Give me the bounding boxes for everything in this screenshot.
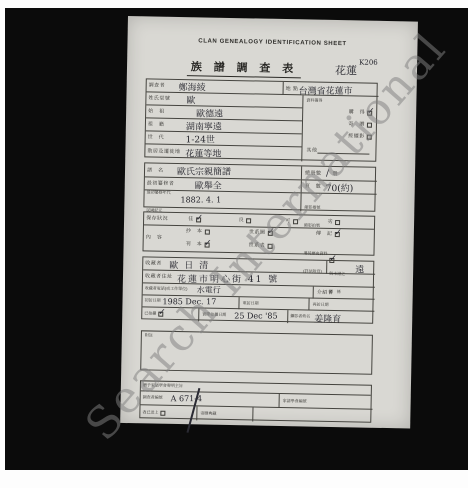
content-item: 刊 本 [186,241,203,247]
source-title: 資料獲得 [306,98,322,103]
field-value: 湖南寧遠 [186,119,222,132]
phone-value: 水電行 [197,285,221,296]
phone-label: 收藏者電話(或工作單位) [143,287,197,293]
surveyor-value: 鄭海綾 [179,80,206,93]
sent-label: 表已送上 [142,410,158,415]
compile-era-value: 1882. 4. 1 [180,195,221,204]
owner-label: 收藏者 [143,260,169,266]
place-label: 地 點 [286,86,299,92]
source-other-label: 其他 [306,147,317,153]
checkbox [204,229,209,234]
checkbox [367,110,372,115]
filmdate-label: 實際拍攝日期 [202,312,226,317]
checkbox [196,217,201,222]
introducer-label: 介紹者 [317,290,334,296]
field-label: 散居及遷徙地 [145,148,185,155]
field-value: 1-24世 [186,132,215,145]
section-registration: 贈予家譜學會聲明主旨 調查者編號 A 671-4 家譜學會編號 表已送上 寄贈典… [139,380,372,422]
microfilm-scan-page: { "watermark": "Search International", "… [0,0,468,488]
content-item: 遷徙歷史資料 [303,250,327,255]
owner-value: 歐日清 [169,258,214,271]
filmdate-value: 25 Dec '85 [234,311,277,320]
checkbox [158,312,163,317]
compile-era-label: 最初纂修年代 [147,189,171,194]
archive-label: 寄贈典藏 [200,411,216,416]
photographer-value: 姜隆育 [314,312,341,325]
field-value: 歐德遠 [196,106,223,119]
source-item-label: 寄 贈 [348,121,365,127]
checkbox [335,220,340,225]
gsu-no-label: 家譜學會編號 [283,399,307,404]
source-acquired-box: 資料獲得 購 得 寄 贈 經攝影 其他 [301,95,378,162]
cond-ok: 可 [285,218,291,224]
checkbox [293,219,298,224]
field-value: 歐 [186,93,195,106]
checkbox [367,134,372,139]
surveyor-label: 調查者 [147,82,171,88]
section-volume-info: 譜 名 歐氏宗親簡譜 最初纂修者 歐舉全 最初纂修年代 民國紀元 1882. 4… [143,162,376,211]
compiler-value: 歐舉全 [195,178,222,191]
source-item-label: 購 得 [349,109,366,115]
checkbox [267,230,272,235]
filmed-label: 已拍攝 [144,312,156,317]
section-identity: 調查者 鄭海綾 地 點 台灣省花蓮市 姓氏堂號 歐 始 祖 歐德遠 祖 籍 湖南… [144,78,377,161]
checkbox [204,242,209,247]
address-label: 收藏者住址 [143,273,177,280]
photographer-label: 攝影者姓名 [290,314,310,319]
form-title: 族 譜 調 查 表 [187,60,302,78]
cond-good: 佳 [188,216,194,222]
grant-statement-label: 贈予家譜學會聲明主旨 [141,384,183,389]
content-item: 傳 記 [316,231,333,237]
address-value: 花蓮市明心街 41 號 [177,271,279,284]
checkbox [246,218,251,223]
field-label: 姓氏堂號 [146,95,186,102]
field-label: 祖 籍 [146,121,186,128]
content-label: 內 容 [146,234,163,240]
notes-box: 附註 [140,330,373,374]
pages-value: 70(約) [325,181,353,194]
visit2-label: 重訪日期 [242,301,258,306]
source-item-label: 經攝影 [348,133,365,139]
genealogy-form-sheet: CLAN GENEALOGY IDENTIFICATION SHEET 族 譜 … [120,16,418,428]
condition-label: 保存狀況 [144,215,186,222]
field-label: 世 代 [146,134,186,141]
title-label: 譜 名 [145,167,177,174]
checkbox [267,243,272,248]
hw-region-note: 花蓮 [335,62,357,78]
cond-poor: 劣 [328,219,334,225]
field-value: 花蓮等地 [185,146,221,159]
section-owner-info: 收藏者 歐日清 與本譜之 關 係 遠 收藏者住址 花蓮市明心街 41 號 收藏者… [141,256,374,323]
hw-code-note: K206 [359,59,378,67]
checkbox [334,232,339,237]
film-roll-label: 縮影捲號 [304,204,320,209]
cond-fair: 良 [239,217,245,223]
volumes-value: / [326,168,329,178]
volumes-suffix: 册 [333,170,339,176]
checkbox [160,410,165,415]
section-condition-content: 保存狀況 佳 良 可 劣 內 容 [142,211,375,255]
visit3-label: 再訪日期 [312,303,328,308]
checkbox [367,122,372,127]
notes-label: 附註 [145,333,153,338]
visit1-label: 初訪日期 [142,299,162,304]
english-title: CLAN GENEALOGY IDENTIFICATION SHEET [127,37,417,49]
content-item: 世系圖 [249,229,266,235]
volumes-label: 總册數 [305,170,322,176]
visit1-value: 1985 Dec. 17 [163,297,217,306]
content-item: 抄 本 [186,228,203,234]
pages-label: 頁 數 [305,183,322,189]
title-value: 歐氏宗親簡譜 [177,164,231,177]
field-label: 始 祖 [146,108,186,115]
survey-no-label: 調查者編號 [141,396,171,401]
content-item: 世系表 [249,242,266,248]
